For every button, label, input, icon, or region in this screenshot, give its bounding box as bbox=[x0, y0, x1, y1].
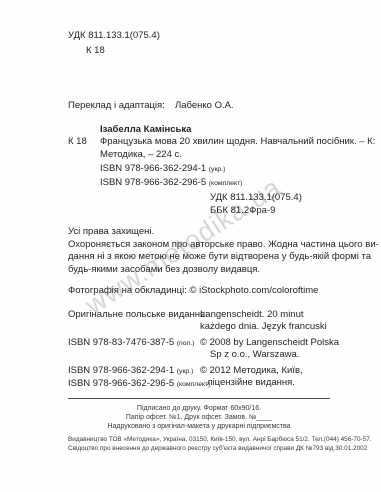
isbn-ukr-row: ISBN 978-966-362-294-1 (укр.) bbox=[100, 163, 333, 177]
rights-notice: Усі права захищені. Охороняється законом… bbox=[68, 226, 333, 276]
original-edition-row: Оригінальне польське видання: Langensche… bbox=[68, 309, 333, 334]
original-edition-label: Оригінальне польське видання: bbox=[68, 309, 200, 334]
rights-line1: Усі права захищені. bbox=[68, 226, 333, 239]
translator-name: Лабенко О.А. bbox=[175, 100, 234, 111]
publisher-colophon: Видавництво ТОВ «Методика», Україна, 031… bbox=[68, 435, 330, 453]
original-edition-title: Langenscheidt. 20 minut każdego dnia. Ję… bbox=[200, 309, 333, 334]
card-isbn-block: ISBN 978-966-362-294-1 (укр.) ISBN 978-9… bbox=[68, 163, 333, 190]
colophon-line1: Підписано до друку. Формат 60х90/16. bbox=[68, 404, 330, 413]
colophon-line4: Видавництво ТОВ «Методика», Україна, 031… bbox=[68, 435, 330, 444]
isbn-set-note: (комплект) bbox=[209, 180, 243, 187]
rights-line3: дання ні з якою метою не може бути відтв… bbox=[68, 251, 333, 264]
book-description-line2: Методика, – 224 с. bbox=[100, 149, 375, 162]
card-description-row: К 18 Французька мова 20 хвилин щодня. На… bbox=[68, 136, 333, 161]
book-description: Французька мова 20 хвилин щодня. Навчаль… bbox=[100, 136, 375, 161]
ukrainian-isbn-row: ISBN 978-966-362-294-1 (укр.) ISBN 978-9… bbox=[68, 365, 333, 392]
classification-codes: УДК 811.133.1(075.4) ББК 81.2Фра-9 bbox=[68, 192, 333, 217]
polish-isbn-row: ISBN 978-83-7476-387-5 (пол.) © 2008 by … bbox=[68, 337, 333, 362]
isbn-ukr2: ISBN 978-966-362-294-1 bbox=[68, 365, 174, 376]
isbn-ukr-note: (укр.) bbox=[209, 166, 226, 173]
colophon-line5: Свідоцтво про внесення до державного реє… bbox=[68, 444, 330, 453]
copyright-2008: © 2008 by Langenscheidt Polska Sp z o.o.… bbox=[200, 337, 339, 362]
catalog-card: Ізабелла Камінська К 18 Французька мова … bbox=[68, 124, 333, 218]
catalog-code: К 18 bbox=[68, 136, 100, 161]
translation-row: Переклад і адаптація:Лабенко О.А. bbox=[68, 100, 333, 113]
copyright-2012: © 2012 Методика, Київ, ліцензійне виданн… bbox=[200, 365, 333, 392]
isbn-ukr2-note: (укр.) bbox=[177, 368, 194, 375]
author-name: Ізабелла Камінська bbox=[68, 124, 333, 137]
cover-photo-credit: Фотографія на обкладинці: © iStockphoto.… bbox=[68, 285, 333, 298]
isbn-set: ISBN 978-966-362-296-5 bbox=[100, 177, 206, 188]
catalog-code-top: К 18 bbox=[68, 45, 333, 58]
imprint-page: www.metodika.ua УДК 811.133.1(075.4) К 1… bbox=[0, 0, 381, 492]
copyright-2012-line2: ліцензійне видання. bbox=[200, 377, 333, 390]
isbn-pol-note: (пол.) bbox=[177, 340, 195, 347]
colophon-line2: Папір офсет. №1. Друк офсет. Замов. №___… bbox=[68, 413, 330, 422]
colophon-line3: Надруковано з оригінал-макета у друкарні… bbox=[68, 422, 330, 431]
rights-line4: будь-якими засобами без дозволу видавця. bbox=[68, 264, 333, 277]
rights-line2: Охороняється законом про авторське право… bbox=[68, 239, 333, 252]
isbn-pol-cell: ISBN 978-83-7476-387-5 (пол.) bbox=[68, 337, 200, 362]
udc-code-top: УДК 811.133.1(075.4) bbox=[68, 30, 333, 43]
print-colophon: Підписано до друку. Формат 60х90/16. Пап… bbox=[68, 404, 330, 431]
udc-code: УДК 811.133.1(075.4) bbox=[210, 192, 333, 205]
original-title-line2: każdego dnia. Język francuski bbox=[200, 321, 333, 334]
book-description-line1: Французька мова 20 хвилин щодня. Навчаль… bbox=[100, 136, 375, 149]
isbn-pol: ISBN 978-83-7476-387-5 bbox=[68, 337, 174, 348]
copyright-2012-line1: © 2012 Методика, Київ, bbox=[200, 365, 333, 378]
isbn-set2: ISBN 978-966-362-296-5 bbox=[68, 378, 174, 389]
bbk-code: ББК 81.2Фра-9 bbox=[210, 205, 333, 218]
isbn-ukr-row2: ISBN 978-966-362-294-1 (укр.) bbox=[68, 365, 200, 379]
isbn-set-row2: ISBN 978-966-362-296-5 (комплект) bbox=[68, 378, 200, 392]
edition-info: Оригінальне польське видання: Langensche… bbox=[68, 309, 333, 392]
isbn-ukr-cell: ISBN 978-966-362-294-1 (укр.) ISBN 978-9… bbox=[68, 365, 200, 392]
translation-label: Переклад і адаптація: bbox=[68, 100, 175, 113]
original-title-line1: Langenscheidt. 20 minut bbox=[200, 309, 333, 322]
page-content: УДК 811.133.1(075.4) К 18 Переклад і ада… bbox=[0, 0, 381, 453]
copyright-2008-line1: © 2008 by Langenscheidt Polska bbox=[200, 337, 339, 350]
divider-rule bbox=[68, 398, 330, 399]
isbn-ukr: ISBN 978-966-362-294-1 bbox=[100, 163, 206, 174]
isbn-set-row: ISBN 978-966-362-296-5 (комплект) bbox=[100, 177, 333, 191]
copyright-2008-line2: Sp z o.o., Warszawa. bbox=[200, 349, 339, 362]
